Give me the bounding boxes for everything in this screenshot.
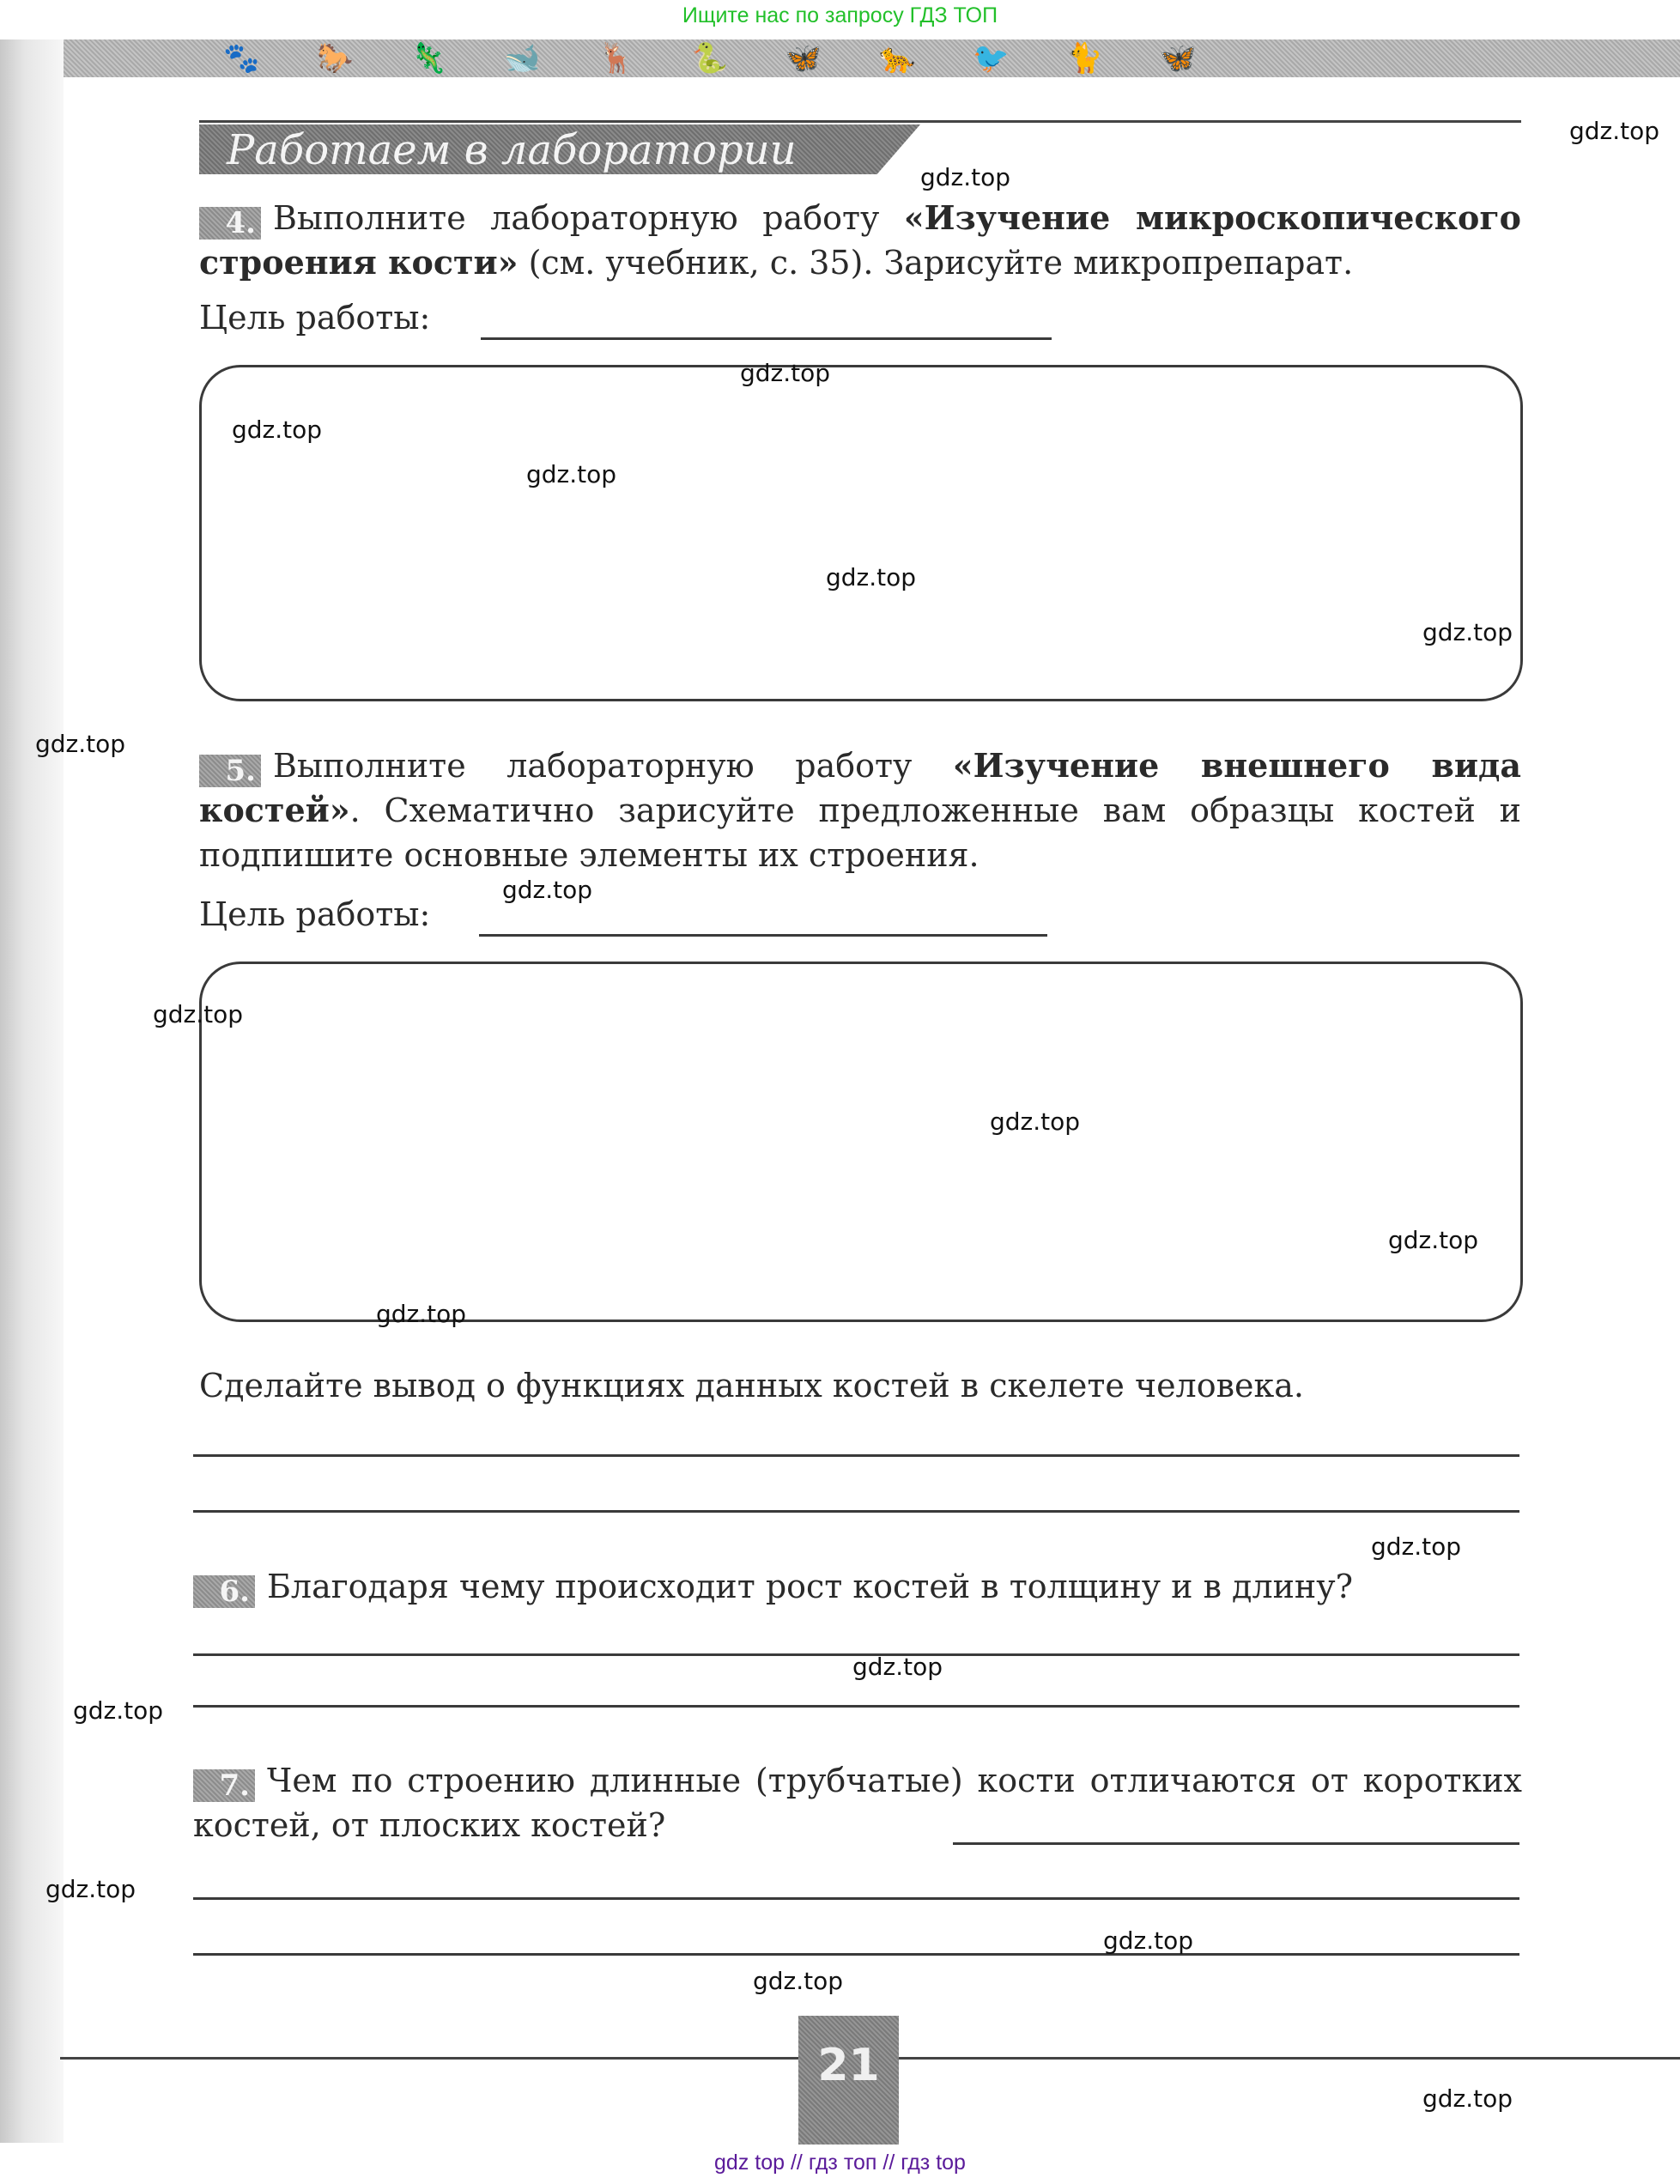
search-banner[interactable]: Ищите нас по запросу ГДЗ ТОП [0, 3, 1680, 28]
page-number: 21 [798, 2040, 899, 2091]
drawing-area-micro[interactable] [199, 365, 1523, 701]
watermark: gdz.top [1422, 2084, 1513, 2113]
drawing-area-bones[interactable] [199, 962, 1523, 1322]
answer-line[interactable] [193, 1510, 1519, 1513]
task-text-tail: . Схематично зарисуйте предложенные вам … [199, 792, 1521, 874]
task-text: Чем по строению длинные (трубчатые) кост… [193, 1762, 1522, 1844]
section-rule [199, 120, 1521, 123]
task-number: 6. [193, 1575, 255, 1608]
footer-links[interactable]: gdz top // гдз топ // гдз top [0, 2151, 1680, 2175]
answer-line[interactable] [193, 1705, 1519, 1708]
watermark: gdz.top [920, 163, 1010, 191]
task-7: 7.Чем по строению длинные (трубчатые) ко… [193, 1758, 1522, 1847]
watermark: gdz.top [990, 1107, 1080, 1136]
goal-label: Цель работы: [199, 299, 430, 337]
answer-line[interactable] [193, 1454, 1519, 1457]
task-5: 5.Выполните лабораторную работу «Изучени… [199, 743, 1521, 877]
task-4: 4.Выполните лабораторную работу «Изучени… [199, 196, 1521, 285]
watermark: gdz.top [232, 416, 322, 444]
task-number: 4. [199, 207, 261, 240]
watermark: gdz.top [1388, 1226, 1478, 1254]
watermark: gdz.top [35, 730, 125, 758]
watermark: gdz.top [852, 1653, 943, 1681]
goal-answer-line[interactable] [481, 337, 1052, 340]
watermark: gdz.top [740, 359, 830, 387]
watermark: gdz.top [1422, 618, 1513, 646]
watermark: gdz.top [826, 563, 916, 591]
answer-line[interactable] [193, 1953, 1519, 1956]
animal-silhouettes-icon: 🐾 🐎 🦎 🐋 🦌 🐍 🦋 🐆 🐦 🐈 🦋 [223, 41, 1221, 76]
watermark: gdz.top [153, 1000, 243, 1028]
task-text-tail: (см. учебник, с. 35). Зарисуйте микропре… [518, 244, 1353, 282]
watermark: gdz.top [73, 1696, 163, 1725]
conclusion-prompt: Сделайте вывод о функциях данных костей … [199, 1363, 1521, 1408]
watermark: gdz.top [753, 1967, 843, 1995]
watermark: gdz.top [1103, 1926, 1193, 1955]
page-number-box: 21 [798, 2016, 899, 2145]
watermark: gdz.top [45, 1875, 136, 1903]
section-title: Работаем в лаборатории [227, 126, 797, 174]
goal-answer-line[interactable] [479, 934, 1047, 937]
watermark: gdz.top [376, 1300, 466, 1328]
section-heading: Работаем в лаборатории [199, 124, 920, 174]
watermark: gdz.top [526, 460, 616, 488]
watermark: gdz.top [1371, 1532, 1461, 1561]
task-text: Выполните лабораторную работу [273, 199, 904, 237]
task-6: 6.Благодаря чему происходит рост костей … [193, 1564, 1515, 1609]
task-number: 5. [199, 755, 261, 787]
answer-line[interactable] [193, 1897, 1519, 1900]
watermark: gdz.top [1569, 117, 1659, 145]
answer-line[interactable] [953, 1842, 1519, 1845]
task-number: 7. [193, 1769, 255, 1802]
watermark: gdz.top [502, 876, 592, 904]
task-text: Выполните лабораторную работу [273, 747, 953, 785]
task-text: Благодаря чему происходит рост костей в … [267, 1568, 1353, 1605]
goal-label: Цель работы: [199, 895, 430, 933]
header-band: 🐾 🐎 🦎 🐋 🦌 🐍 🦋 🐆 🐦 🐈 🦋 [0, 39, 1680, 77]
page-spine-shadow [0, 39, 64, 2143]
